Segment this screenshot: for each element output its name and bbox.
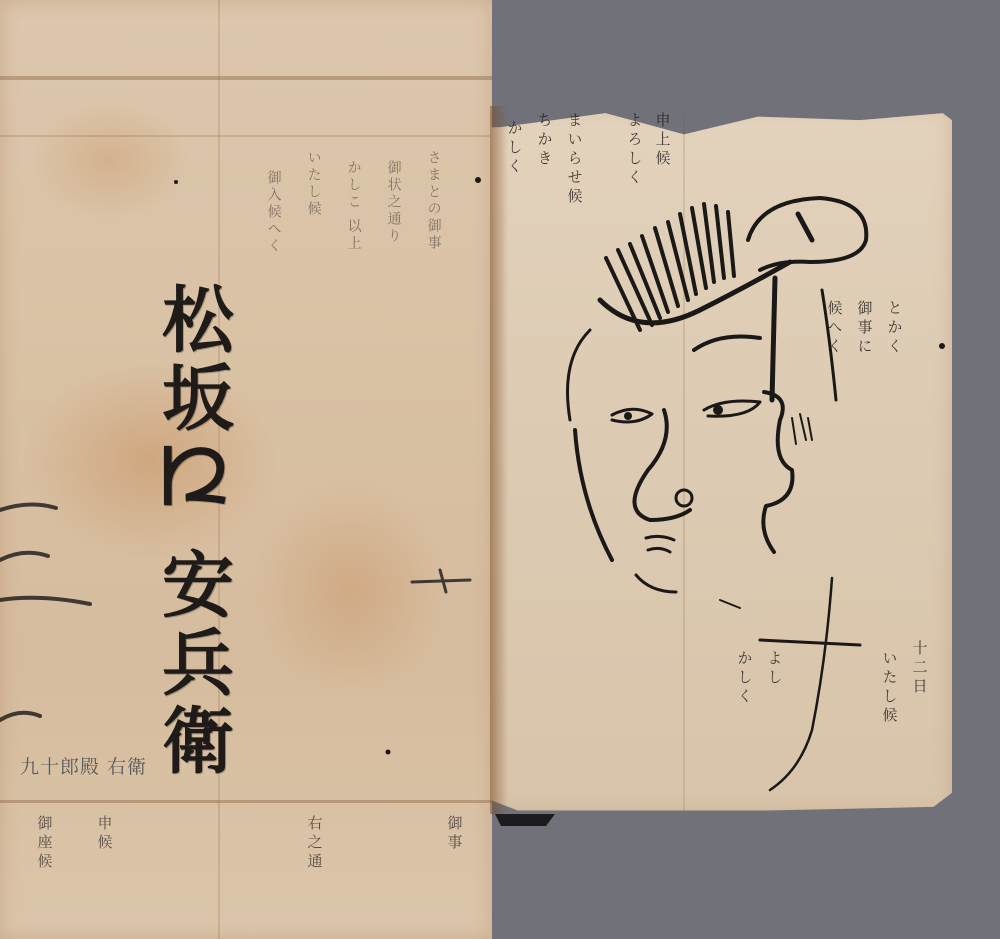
ink-dots xyxy=(174,177,945,755)
face-caricature-sketch xyxy=(0,0,1000,939)
hair-tuft-strokes xyxy=(606,204,734,330)
left-brush-strokes xyxy=(0,504,470,720)
